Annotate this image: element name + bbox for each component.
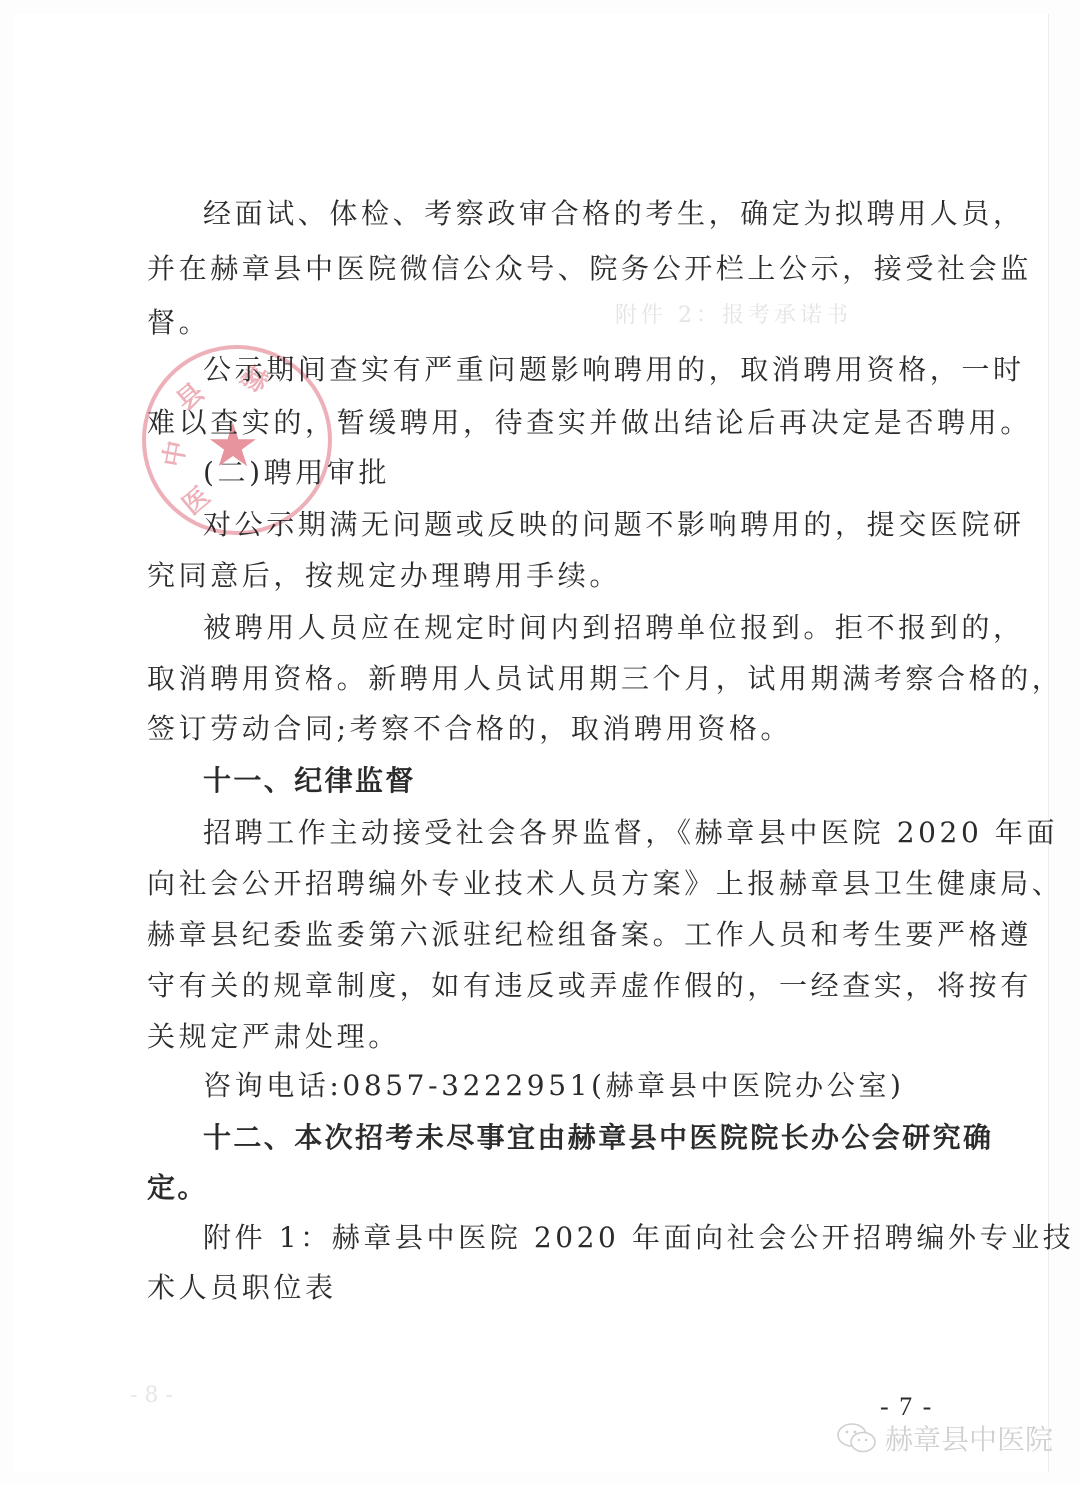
wechat-icon <box>835 1421 879 1455</box>
text-line: 并在赫章县中医院微信公众号、院务公开栏上公示，接受社会监 <box>0 251 1080 287</box>
subheading-approval: (二)聘用审批 <box>0 455 1080 491</box>
text-line: 关规定严肃处理。 <box>0 1019 1080 1055</box>
text-line: 定。 <box>0 1170 1080 1206</box>
text-line: 签订劳动合同;考察不合格的，取消聘用资格。 <box>0 711 1080 747</box>
section-heading-discipline: 十一、纪律监督 <box>0 763 1080 799</box>
text-line: 被聘用人员应在规定时间内到招聘单位报到。拒不报到的， <box>0 610 1080 646</box>
text-line: 守有关的规章制度，如有违反或弄虚作假的，一经查实，将按有 <box>0 968 1080 1004</box>
section-heading-matters: 十二、本次招考未尽事宜由赫章县中医院院长办公会研究确 <box>0 1120 1080 1156</box>
text-line: 对公示期满无问题或反映的问题不影响聘用的，提交医院研 <box>0 507 1080 543</box>
ghost-page-number: - 8 - <box>130 1383 173 1408</box>
text-line: 招聘工作主动接受社会各界监督，《赫章县中医院 2020 年面 <box>0 815 1080 851</box>
attachment-line: 术人员职位表 <box>0 1270 1080 1306</box>
text-line: 究同意后，按规定办理聘用手续。 <box>0 558 1080 594</box>
text-line: 赫章县纪委监委第六派驻纪检组备案。工作人员和考生要严格遵 <box>0 917 1080 953</box>
text-line: 经面试、体检、考察政审合格的考生，确定为拟聘用人员， <box>0 196 1080 232</box>
text-line: 取消聘用资格。新聘用人员试用期三个月，试用期满考察合格的， <box>0 661 1080 697</box>
text-line: 督。 <box>0 305 1080 341</box>
text-line: 向社会公开招聘编外专业技术人员方案》上报赫章县卫生健康局、 <box>0 866 1080 902</box>
text-line: 公示期间查实有严重问题影响聘用的，取消聘用资格，一时 <box>0 352 1080 388</box>
wechat-watermark: 赫章县中医院 <box>835 1418 1053 1458</box>
contact-phone: 咨询电话:0857-3222951(赫章县中医院办公室) <box>0 1068 1080 1104</box>
watermark-label: 赫章县中医院 <box>885 1418 1053 1458</box>
text-line: 难以查实的，暂缓聘用，待查实并做出结论后再决定是否聘用。 <box>0 405 1080 441</box>
attachment-line: 附件 1：赫章县中医院 2020 年面向社会公开招聘编外专业技 <box>0 1220 1080 1256</box>
